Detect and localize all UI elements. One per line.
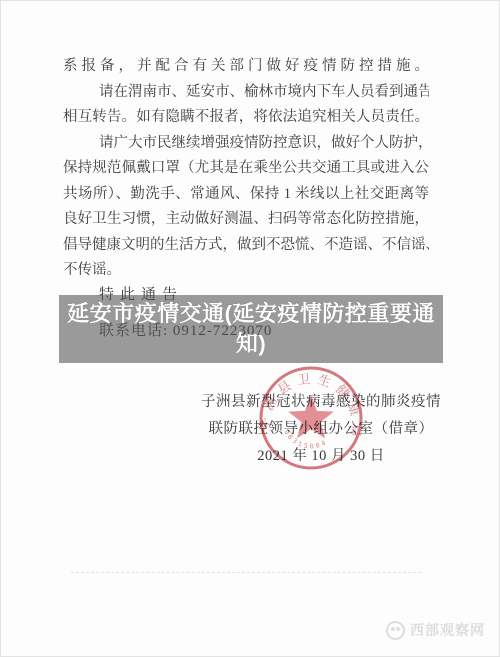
body-text-line: 保持规范佩戴口罩（尤其是在乘坐公共交通工具或进入公 [63,156,429,182]
body-text-line: 请在渭南市、延安市、榆林市境内下车人员看到通告后 [63,80,429,106]
page-fold-line [71,572,421,573]
article-title-overlay: 延安市疫情交通(延安疫情防控重要通 知) [59,295,443,363]
body-text-line: 不传谣。 [63,258,429,284]
body-text-line: 请广大市民继续增强疫情防控意识，做好个人防护， [63,131,429,157]
scanned-notice-page: 系报备，并配合有关部门做好疫情防控措施。请在渭南市、延安市、榆林市境内下车人员看… [0,0,500,657]
body-text-line: 良好卫生习惯，主动做好测温、扫码等常态化防控措施， [63,207,429,233]
site-watermark: 西部观察网 [386,620,485,640]
body-text-line: 相互转告。如有隐瞒不报者，将依法追究相关人员责任。 [63,105,429,131]
body-text-line: 共场所）、勤洗手、常通风、保持 1 米线以上社交距离等 [63,182,429,208]
notice-body-text: 系报备，并配合有关部门做好疫情防控措施。请在渭南市、延安市、榆林市境内下车人员看… [63,54,429,284]
seal-star-icon [288,395,334,438]
body-text-line: 系报备，并配合有关部门做好疫情防控措施。 [63,54,429,80]
body-text-line: 倡导健康文明的生活方式，做到不恐慌、不造谣、不信谣、 [63,233,429,259]
official-seal-stamp-icon: 子洲县卫生健康局 08315004 [256,362,366,475]
watermark-text: 西部观察网 [410,620,485,640]
article-title-line2: 知) [236,329,266,359]
watermark-logo-icon [386,621,405,640]
article-title-line1: 延安市疫情交通(延安疫情防控重要通 [67,299,435,329]
